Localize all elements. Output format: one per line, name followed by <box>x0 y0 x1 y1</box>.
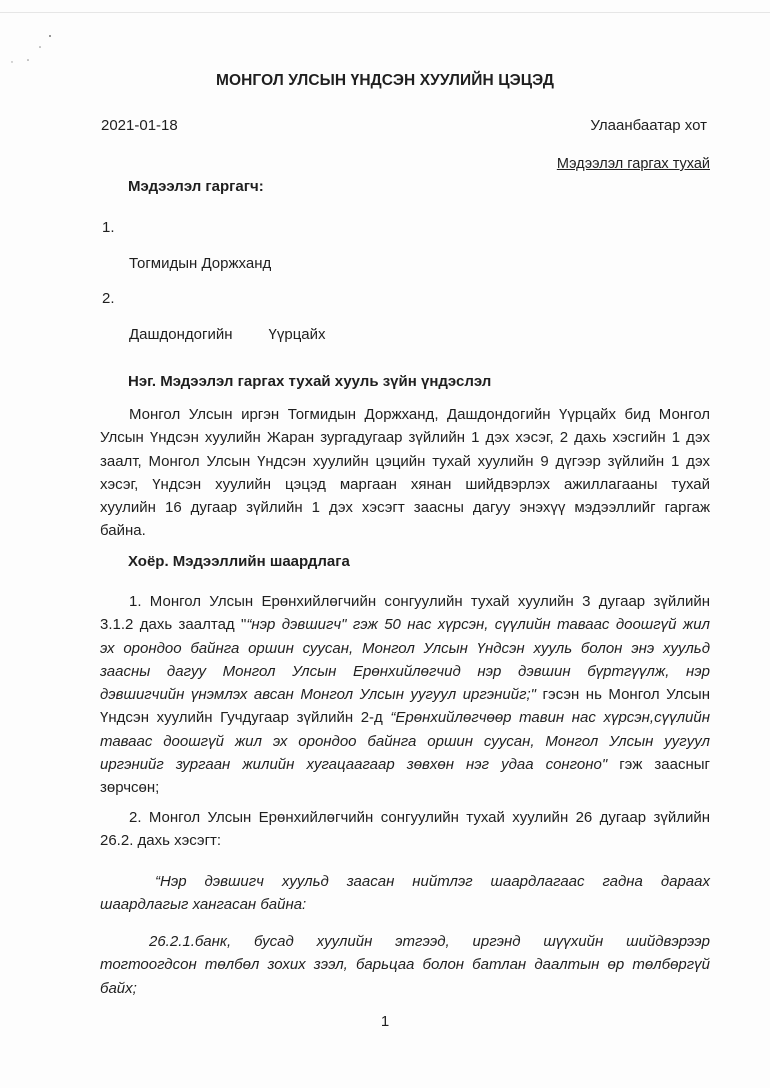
paragraph-line: шаардлагыг хангасан байна: <box>100 893 710 916</box>
paragraph-line: тогтоогдсон төлбөл зохих зээл, барьцаа б… <box>100 953 710 976</box>
text-run: гэж заасныг <box>607 756 710 773</box>
paragraph-line: эх орондоо байнга оршин суусан, Монгол У… <box>100 637 710 660</box>
paragraph-line: Монгол Улсын иргэн Тогмидын Доржханд, Да… <box>100 403 710 426</box>
quoted-text: “Ерөнхийлөгчөөр тавин нас хүрсэн,сүүлийн <box>390 709 710 726</box>
quoted-text: иргэнийг зургаан жилийн хугацаагаар зөвх… <box>100 756 607 773</box>
text-run: Үндсэн хуулийн Гучдугаар зүйлийн 2-д <box>100 709 390 726</box>
requirement-1-paragraph: 1. Монгол Улсын Ерөнхийлөгчийн сонгуулий… <box>100 590 710 800</box>
applicant-name-1: Тогмидын Доржханд <box>129 255 271 272</box>
text-run: 3.1.2 дахь заалтад " <box>100 616 246 633</box>
paragraph-line: 26.2.1.банк, бусад хуулийн этгээд, иргэн… <box>100 930 710 953</box>
applicant-2-given-name: Үүрцайх <box>269 326 326 343</box>
paragraph-line: зөрчсөн; <box>100 776 710 799</box>
quoted-text: заасны дагуу Монгол Улсын Ерөнхийлөгчид … <box>100 663 710 680</box>
section-2-heading: Хоёр. Мэдээллийн шаардлага <box>128 553 350 570</box>
quoted-text: эх орондоо байнга оршин суусан, Монгол У… <box>100 640 710 657</box>
paragraph-line: иргэнийг зургаан жилийн хугацаагаар зөвх… <box>100 753 710 776</box>
quoted-text: дэвшигчийн үнэмлэх авсан Монгол Улсын уу… <box>100 686 536 703</box>
paragraph-line: байна. <box>100 519 710 542</box>
quoted-clause: 26.2.1.банк, бусад хуулийн этгээд, иргэн… <box>100 930 710 1000</box>
quoted-text: “Нэр дэвшигч хуульд заасан нийтлэг шаард… <box>155 873 710 890</box>
paragraph-line: 26.2. дахь хэсэгт: <box>100 829 710 852</box>
paragraph-line: заалт, Монгол Улсын Үндсэн хуулийн цэций… <box>100 450 710 473</box>
text-run: гэсэн нь Монгол Улсын <box>536 686 710 703</box>
scan-edge <box>0 12 770 13</box>
paragraph-line: дэвшигчийн үнэмлэх авсан Монгол Улсын уу… <box>100 683 710 706</box>
paragraph-line: 2. Монгол Улсын Ерөнхийлөгчийн сонгуулий… <box>100 806 710 829</box>
paragraph-line: таваас доошгүй жил эх орондоо байнга орш… <box>100 730 710 753</box>
quoted-text: байх; <box>100 980 137 997</box>
applicant-number-1: 1. <box>102 219 115 236</box>
applicant-name-2: ДашдондогийнҮүрцайх <box>129 326 326 343</box>
quoted-text: 26.2.1.банк, бусад хуулийн этгээд, иргэн… <box>149 933 710 950</box>
paragraph-line: хуулийн 16 дугаар зүйлийн 1 дэх хэсэгт з… <box>100 496 710 519</box>
quoted-text: тогтоогдсон төлбөл зохих зээл, барьцаа б… <box>100 956 710 973</box>
paragraph-line: заасны дагуу Монгол Улсын Ерөнхийлөгчид … <box>100 660 710 683</box>
section-1-heading: Нэг. Мэдээлэл гаргах тухай хууль зүйн үн… <box>128 373 491 390</box>
document-date: 2021-01-18 <box>101 117 178 134</box>
requirement-2-paragraph: 2. Монгол Улсын Ерөнхийлөгчийн сонгуулий… <box>100 806 710 853</box>
applicant-number-2: 2. <box>102 290 115 307</box>
section-1-paragraph: Монгол Улсын иргэн Тогмидын Доржханд, Да… <box>100 403 710 543</box>
quoted-text: таваас доошгүй жил эх орондоо байнга орш… <box>100 733 710 750</box>
paragraph-line: “Нэр дэвшигч хуульд заасан нийтлэг шаард… <box>100 870 710 893</box>
paragraph-line: хэсэг, Үндсэн хуулийн цэцэд маргаан хяна… <box>100 473 710 496</box>
paragraph-line: 3.1.2 дахь заалтад "“нэр дэвшигч" гэж 50… <box>100 613 710 636</box>
paragraph-line: Үндсэн хуулийн Гучдугаар зүйлийн 2-д “Ер… <box>100 706 710 729</box>
paragraph-line: 1. Монгол Улсын Ерөнхийлөгчийн сонгуулий… <box>100 590 710 613</box>
document-title: МОНГОЛ УЛСЫН ҮНДСЭН ХУУЛИЙН ЦЭЦЭД <box>0 72 770 90</box>
quoted-text: шаардлагыг хангасан байна: <box>100 896 306 913</box>
quoted-provision: “Нэр дэвшигч хуульд заасан нийтлэг шаард… <box>100 870 710 917</box>
document-page: МОНГОЛ УЛСЫН ҮНДСЭН ХУУЛИЙН ЦЭЦЭД 2021-0… <box>0 0 770 1088</box>
document-subject: Мэдээлэл гаргах тухай <box>557 156 710 172</box>
page-number: 1 <box>0 1013 770 1030</box>
document-city: Улаанбаатар хот <box>590 117 707 134</box>
paragraph-line: Улсын Үндсэн хуулийн Жаран зургадугаар з… <box>100 426 710 449</box>
applicant-label: Мэдээлэл гаргагч: <box>128 178 264 195</box>
paragraph-line: байх; <box>100 977 710 1000</box>
applicant-2-surname: Дашдондогийн <box>129 326 233 343</box>
quoted-text: “нэр дэвшигч" гэж 50 нас хүрсэн, сүүлийн… <box>246 616 710 633</box>
